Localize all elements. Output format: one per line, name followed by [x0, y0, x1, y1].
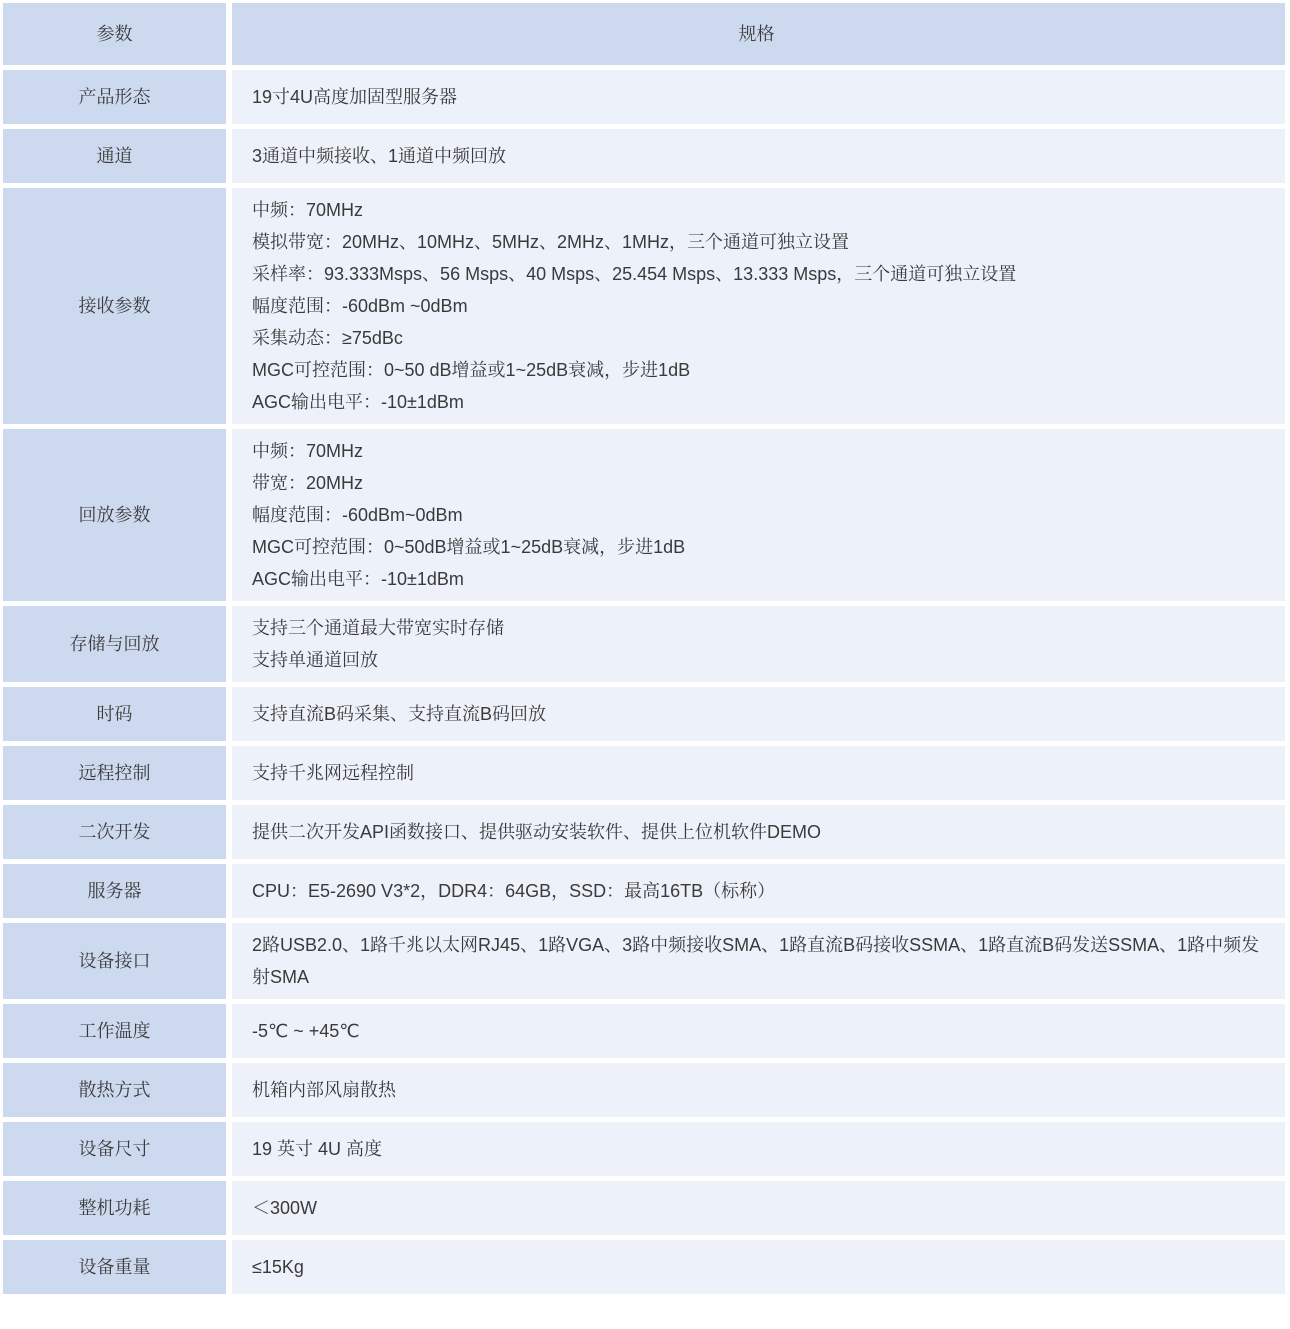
param-label: 工作温度 [79, 1019, 151, 1043]
spec-line: 中频：70MHz [252, 435, 1261, 467]
spec-line: 带宽：20MHz [252, 467, 1261, 499]
spec-line: ＜300W [252, 1192, 1261, 1224]
param-label: 产品形态 [79, 85, 151, 109]
table-row: 远程控制 支持千兆网远程控制 [3, 746, 1285, 800]
param-cell: 散热方式 [3, 1063, 226, 1117]
table-row: 服务器 CPU：E5-2690 V3*2，DDR4：64GB，SSD：最高16T… [3, 864, 1285, 918]
spec-table: 参数 规格 产品形态 19寸4U高度加固型服务器 通道 3通道中频接收、1通道中… [0, 0, 1290, 1294]
spec-line: -5℃ ~ +45℃ [252, 1015, 1261, 1047]
param-label: 时码 [97, 702, 133, 726]
spec-cell: 支持直流B码采集、支持直流B码回放 [232, 687, 1285, 741]
param-label: 回放参数 [79, 503, 151, 527]
spec-line: MGC可控范围：0~50dB增益或1~25dB衰减，步进1dB [252, 531, 1261, 563]
spec-cell: 支持三个通道最大带宽实时存储支持单通道回放 [232, 606, 1285, 682]
spec-line: 支持直流B码采集、支持直流B码回放 [252, 698, 1261, 730]
spec-cell: 19寸4U高度加固型服务器 [232, 70, 1285, 124]
spec-line: MGC可控范围：0~50 dB增益或1~25dB衰减，步进1dB [252, 354, 1261, 386]
spec-header-cell: 规格 [232, 3, 1285, 65]
spec-cell: 提供二次开发API函数接口、提供驱动安装软件、提供上位机软件DEMO [232, 805, 1285, 859]
spec-line: 提供二次开发API函数接口、提供驱动安装软件、提供上位机软件DEMO [252, 816, 1261, 848]
spec-line: ≤15Kg [252, 1251, 1261, 1283]
table-row: 整机功耗 ＜300W [3, 1181, 1285, 1235]
param-label: 散热方式 [79, 1078, 151, 1102]
table-row: 二次开发 提供二次开发API函数接口、提供驱动安装软件、提供上位机软件DEMO [3, 805, 1285, 859]
spec-line: 支持三个通道最大带宽实时存储 [252, 612, 1261, 644]
spec-line: AGC输出电平：-10±1dBm [252, 563, 1261, 595]
spec-cell: 2路USB2.0、1路千兆以太网RJ45、1路VGA、3路中频接收SMA、1路直… [232, 923, 1285, 999]
spec-cell: ≤15Kg [232, 1240, 1285, 1294]
spec-cell: 支持千兆网远程控制 [232, 746, 1285, 800]
spec-line: CPU：E5-2690 V3*2，DDR4：64GB，SSD：最高16TB（标称… [252, 875, 1261, 907]
table-row: 设备尺寸 19 英寸 4U 高度 [3, 1122, 1285, 1176]
param-cell: 产品形态 [3, 70, 226, 124]
spec-cell: 3通道中频接收、1通道中频回放 [232, 129, 1285, 183]
spec-line: 模拟带宽：20MHz、10MHz、5MHz、2MHz、1MHz，三个通道可独立设… [252, 226, 1261, 258]
spec-line: 机箱内部风扇散热 [252, 1074, 1261, 1106]
param-cell: 存储与回放 [3, 606, 226, 682]
spec-line: 支持千兆网远程控制 [252, 757, 1261, 789]
param-cell: 工作温度 [3, 1004, 226, 1058]
spec-cell: -5℃ ~ +45℃ [232, 1004, 1285, 1058]
spec-line: AGC输出电平：-10±1dBm [252, 386, 1261, 418]
spec-line: 采样率：93.333Msps、56 Msps、40 Msps、25.454 Ms… [252, 258, 1261, 290]
table-row: 工作温度 -5℃ ~ +45℃ [3, 1004, 1285, 1058]
param-header-cell: 参数 [3, 3, 226, 65]
spec-cell: 中频：70MHz模拟带宽：20MHz、10MHz、5MHz、2MHz、1MHz，… [232, 188, 1285, 424]
param-cell: 远程控制 [3, 746, 226, 800]
param-header-label: 参数 [97, 22, 133, 46]
param-cell: 回放参数 [3, 429, 226, 601]
table-row: 存储与回放 支持三个通道最大带宽实时存储支持单通道回放 [3, 606, 1285, 682]
table-row: 通道 3通道中频接收、1通道中频回放 [3, 129, 1285, 183]
spec-cell: 19 英寸 4U 高度 [232, 1122, 1285, 1176]
param-label: 设备接口 [79, 949, 151, 973]
spec-line: 幅度范围：-60dBm ~0dBm [252, 290, 1261, 322]
spec-cell: ＜300W [232, 1181, 1285, 1235]
param-cell: 整机功耗 [3, 1181, 226, 1235]
table-row: 接收参数 中频：70MHz模拟带宽：20MHz、10MHz、5MHz、2MHz、… [3, 188, 1285, 424]
param-label: 接收参数 [79, 294, 151, 318]
table-row: 设备接口 2路USB2.0、1路千兆以太网RJ45、1路VGA、3路中频接收SM… [3, 923, 1285, 999]
param-cell: 二次开发 [3, 805, 226, 859]
header-row: 参数 规格 [3, 3, 1285, 65]
param-cell: 接收参数 [3, 188, 226, 424]
spec-header-label: 规格 [739, 18, 775, 50]
spec-line: 中频：70MHz [252, 194, 1261, 226]
spec-line: 采集动态：≥75dBc [252, 322, 1261, 354]
table-row: 设备重量 ≤15Kg [3, 1240, 1285, 1294]
param-label: 远程控制 [79, 761, 151, 785]
param-cell: 设备尺寸 [3, 1122, 226, 1176]
param-cell: 时码 [3, 687, 226, 741]
spec-cell: 中频：70MHz带宽：20MHz幅度范围：-60dBm~0dBmMGC可控范围：… [232, 429, 1285, 601]
param-label: 整机功耗 [79, 1196, 151, 1220]
spec-line: 支持单通道回放 [252, 644, 1261, 676]
spec-line: 19寸4U高度加固型服务器 [252, 81, 1261, 113]
spec-line: 3通道中频接收、1通道中频回放 [252, 140, 1261, 172]
param-cell: 设备接口 [3, 923, 226, 999]
param-label: 服务器 [88, 879, 142, 903]
param-label: 设备尺寸 [79, 1137, 151, 1161]
param-label: 二次开发 [79, 820, 151, 844]
spec-line: 2路USB2.0、1路千兆以太网RJ45、1路VGA、3路中频接收SMA、1路直… [252, 929, 1261, 993]
table-row: 产品形态 19寸4U高度加固型服务器 [3, 70, 1285, 124]
param-cell: 设备重量 [3, 1240, 226, 1294]
spec-cell: CPU：E5-2690 V3*2，DDR4：64GB，SSD：最高16TB（标称… [232, 864, 1285, 918]
param-label: 设备重量 [79, 1255, 151, 1279]
param-label: 存储与回放 [70, 632, 160, 656]
param-cell: 服务器 [3, 864, 226, 918]
param-cell: 通道 [3, 129, 226, 183]
spec-line: 幅度范围：-60dBm~0dBm [252, 499, 1261, 531]
table-row: 时码 支持直流B码采集、支持直流B码回放 [3, 687, 1285, 741]
spec-line: 19 英寸 4U 高度 [252, 1133, 1261, 1165]
spec-cell: 机箱内部风扇散热 [232, 1063, 1285, 1117]
table-row: 散热方式 机箱内部风扇散热 [3, 1063, 1285, 1117]
param-label: 通道 [97, 144, 133, 168]
table-row: 回放参数 中频：70MHz带宽：20MHz幅度范围：-60dBm~0dBmMGC… [3, 429, 1285, 601]
